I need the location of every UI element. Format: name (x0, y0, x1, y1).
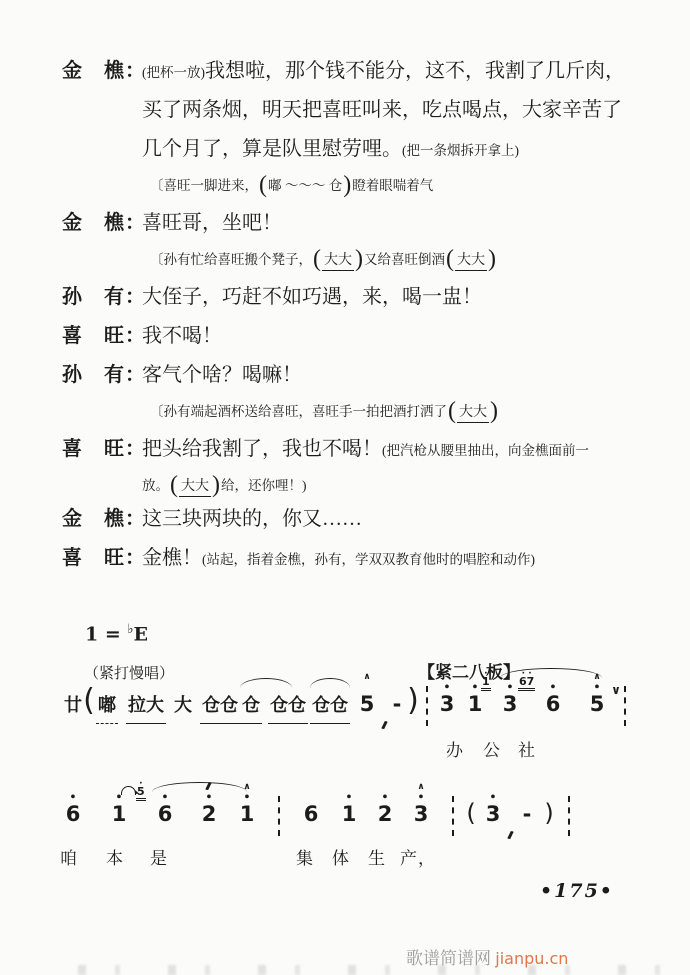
slur (240, 678, 292, 688)
jianpu-note: 仓 (238, 682, 264, 730)
duration-underline (310, 723, 350, 724)
dialogue-text: 大侄子，巧赶不如巧遇，来，喝一盅！ (142, 280, 482, 309)
barline (452, 796, 454, 836)
speaker-name: 金 樵： (62, 502, 142, 531)
dialogue-row: 喜 旺：我不喝！ (62, 319, 690, 358)
jianpu-note: 大 (170, 682, 196, 730)
dialogue-row: 〔孙有端起酒杯送给喜旺，喜旺手一拍把酒打洒了 (大大) (62, 397, 690, 432)
lyric-syllable: 本 (106, 844, 124, 869)
lyric-syllable: 集 (296, 844, 314, 869)
dialogue-row: 喜 旺：金樵！(站起，指着金樵，孙有，学双双教育他时的唱腔和动作) (62, 541, 690, 580)
key-signature: 1 = ♭E (85, 622, 148, 645)
jianpu-note: ∧•3 (408, 792, 434, 840)
stage-direction: 〔孙有忙给喜旺搬个凳子， (150, 248, 312, 268)
jianpu-note: ∧5 (354, 682, 380, 730)
stage-direction: 放。 (142, 474, 169, 494)
octave-dot: • (152, 794, 178, 802)
stage-direction: 又给喜旺倒酒 (364, 248, 445, 268)
octave-dot: • (584, 684, 610, 692)
lyric-syllable: 咱 (60, 844, 78, 869)
duration-underline (240, 723, 262, 724)
grace-octave-dots: · (137, 782, 145, 786)
percussion-paren: ) (211, 473, 221, 497)
jianpu-note: 拉大 (124, 682, 168, 730)
speaker-name: 喜 旺： (62, 432, 142, 461)
barline (624, 686, 626, 726)
accent-hat: ∧ (354, 673, 380, 681)
jianpu-note: - (386, 682, 408, 730)
jianpu-note: ∧•1 (234, 792, 260, 840)
scanned-score-page: 金 樵：(把杯一放)我想啦，那个钱不能分，这不，我割了几斤肉，买了两条烟，明天把… (0, 0, 690, 975)
octave-dot: • (60, 794, 86, 802)
music-section: 1 = ♭E （紧打慢唱） 【紧二八板】 廿(嘟拉大大仓仓仓仓仓仓仓∧5-)•3… (0, 616, 690, 891)
lyric-syllable: 生 (368, 844, 386, 869)
dialogue-row: 孙 有：客气个啥？喝嘛！ (62, 358, 690, 397)
duration-underline (268, 723, 308, 724)
octave-dot: • (408, 794, 434, 802)
jianpu-note: •1 (106, 792, 132, 840)
dialogue-section: 金 樵：(把杯一放)我想啦，那个钱不能分，这不，我割了几斤肉，买了两条烟，明天把… (62, 54, 690, 580)
speaker-name: 金 樵： (62, 206, 142, 235)
dialogue-row: 金 樵：(把杯一放)我想啦，那个钱不能分，这不，我割了几斤肉， (62, 54, 690, 93)
dialogue-row: 喜 旺：把头给我割了，我也不喝！(把汽枪从腰里抽出，向金樵面前一 (62, 432, 690, 471)
dialogue-text: 喜旺哥，坐吧！ (142, 206, 282, 235)
dialogue-text: 这三块两块的，你又…… (142, 502, 362, 531)
jianpu-note: •1 (336, 792, 362, 840)
percussion-paren: ( (169, 473, 179, 497)
speaker-name: 金 樵： (62, 54, 142, 83)
page-number: •175• (540, 880, 614, 902)
octave-dot: • (434, 684, 460, 692)
music-line-2: •6•1•6·5•2∧•16•1•2∧•3(•3-)咱本是集体生产， (0, 792, 690, 852)
octave-dot: • (234, 794, 260, 802)
percussion-paren: ( (258, 173, 268, 197)
lyric-syllable: 体 (332, 844, 350, 869)
stage-direction: 瞪着眼喘着气 (352, 174, 433, 194)
percussion-paren: ) (342, 173, 352, 197)
stage-direction: (把杯一放) (142, 61, 205, 81)
jianpu-note: •2 (372, 792, 398, 840)
jianpu-note: ) (406, 682, 420, 730)
slur (152, 782, 247, 792)
jianpu-note: •3 (480, 792, 506, 840)
jianpu-note: •6 (60, 792, 86, 840)
percussion-paren: ) (487, 247, 497, 271)
octave-dot: • (106, 794, 132, 802)
drum-syllables: 大大 (455, 249, 487, 271)
grace-octave-dots: · (482, 672, 490, 676)
percussion-paren: ) (489, 399, 499, 423)
drum-syllables: 大大 (322, 249, 354, 271)
speaker-name: 喜 旺： (62, 541, 142, 570)
jianpu-note: 嘟 (94, 682, 120, 730)
drum-syllables: 大大 (179, 475, 211, 497)
drum-syllables: 大大 (457, 401, 489, 423)
dialogue-text: 客气个啥？喝嘛！ (142, 358, 302, 387)
dialogue-text: 把头给我割了，我也不喝！ (142, 432, 382, 461)
barline (426, 686, 428, 726)
grace-notes: ·1 (481, 672, 491, 691)
dialogue-text: 买了两条烟，明天把喜旺叫来，吃点喝点，大家辛苦了 (142, 93, 622, 122)
dialogue-row: 孙 有：大侄子，巧赶不如巧遇，来，喝一盅！ (62, 280, 690, 319)
stage-direction: 嘟 ～～～ 仓 (268, 174, 342, 194)
dialogue-text: 我不喝！ (142, 319, 222, 348)
percussion-paren: ) (354, 247, 364, 271)
print-bleed-artifact (60, 965, 690, 975)
duration-underline (96, 723, 118, 724)
jianpu-note: •3 (434, 682, 460, 730)
jianpu-note: ( (464, 792, 478, 840)
lyric-syllable: 产， (400, 844, 436, 869)
music-line-1: 廿(嘟拉大大仓仓仓仓仓仓仓∧5-)•3•1•3·1•6· ·67∧•5∨办公社 (0, 682, 690, 742)
dialogue-row: 金 樵：这三块两块的，你又…… (62, 502, 690, 541)
jianpu-note: 仓仓 (198, 682, 242, 730)
jianpu-note: ) (542, 792, 556, 840)
octave-dot: • (196, 794, 222, 802)
dialogue-row: 几个月了，算是队里慰劳哩。(把一条烟拆开拿上) (62, 132, 690, 171)
octave-dot: • (372, 794, 398, 802)
lyric-syllable: 公 (483, 736, 501, 761)
jianpu-note: 仓仓 (308, 682, 352, 730)
speaker-name: 喜 旺： (62, 319, 142, 348)
lyric-syllable: 办 (446, 736, 464, 761)
jianpu-note: 6 (298, 792, 324, 840)
dialogue-row: 放。(大大)给，还你哩！) (62, 471, 690, 502)
turn-ornament (121, 786, 136, 795)
lyric-syllable: 社 (518, 736, 536, 761)
jianpu-note: 仓仓 (266, 682, 310, 730)
duration-underline (126, 723, 166, 724)
barline (278, 796, 280, 836)
tremolo-mark (504, 831, 516, 840)
breath-mark: ∨ (608, 682, 624, 730)
jianpu-note: •2 (196, 792, 222, 840)
percussion-paren: ( (447, 399, 457, 423)
dialogue-text: 金樵！ (142, 541, 202, 570)
percussion-paren: ( (312, 247, 322, 271)
stage-direction: 给，还你哩！) (221, 474, 307, 494)
percussion-paren: ( (445, 247, 455, 271)
dialogue-row: 买了两条烟，明天把喜旺叫来，吃点喝点，大家辛苦了 (62, 93, 690, 132)
dialogue-row: 金 樵：喜旺哥，坐吧！ (62, 206, 690, 245)
slur (310, 678, 350, 688)
jianpu-note: - (516, 792, 538, 840)
stage-direction: 〔孙有端起酒杯送给喜旺，喜旺手一拍把酒打洒了 (150, 400, 447, 420)
stage-direction: (把一条烟拆开拿上) (402, 139, 519, 159)
barline (568, 796, 570, 836)
stage-direction: 〔喜旺一脚进来， (150, 174, 258, 194)
tempo-marking: （紧打慢唱） (84, 662, 174, 683)
octave-dot: • (480, 794, 506, 802)
lyric-syllable: 是 (150, 844, 168, 869)
jianpu-note: ∧•5 (584, 682, 610, 730)
jianpu-note: •6· ·67 (540, 682, 566, 730)
jianpu-note: •6·5 (152, 792, 178, 840)
dialogue-text: 我想啦，那个钱不能分，这不，我割了几斤肉， (205, 54, 625, 83)
stage-direction: (把汽枪从腰里抽出，向金樵面前一 (382, 439, 589, 459)
speaker-name: 孙 有： (62, 280, 142, 309)
banshi-marking: 【紧二八板】 (418, 658, 520, 683)
octave-dot: • (336, 794, 362, 802)
duration-underline (200, 723, 240, 724)
octave-dot: • (540, 684, 566, 692)
dialogue-row: 〔孙有忙给喜旺搬个凳子，(大大)又给喜旺倒酒 (大大) (62, 245, 690, 280)
stage-direction: (站起，指着金樵，孙有，学双双教育他时的唱腔和动作) (202, 548, 535, 568)
speaker-name: 孙 有： (62, 358, 142, 387)
dialogue-text: 几个月了，算是队里慰劳哩。 (142, 132, 402, 161)
grace-notes: ·5 (136, 782, 146, 801)
dialogue-row: 〔喜旺一脚进来，(嘟 ～～～ 仓)瞪着眼喘着气 (62, 171, 690, 206)
